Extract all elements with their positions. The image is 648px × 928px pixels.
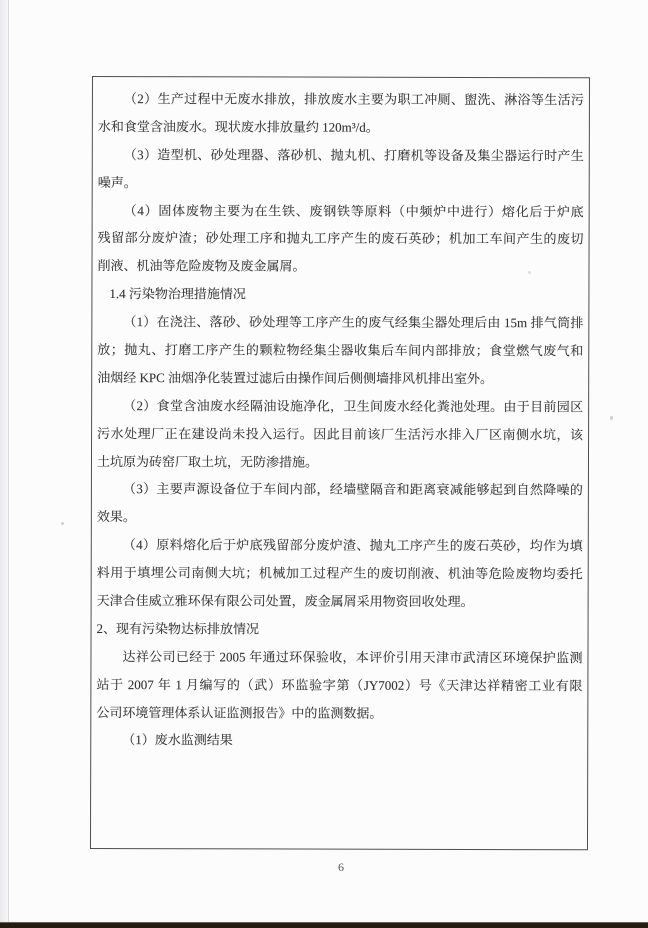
document-text-block: （2）生产过程中无废水排放，排放废水主要为职工冲厕、盥洗、淋浴等生活污 水和食堂…: [96, 85, 584, 756]
paragraph-line: 天津合佳威立雅环保有限公司处置，废金属屑采用物资回收处理。: [97, 587, 583, 616]
content-frame: （2）生产过程中无废水排放，排放废水主要为职工冲厕、盥洗、淋浴等生活污 水和食堂…: [90, 76, 590, 850]
paragraph-line: 噪声。: [98, 169, 584, 198]
paragraph-line: （4）原料熔化后于炉底残留部分废炉渣、抛丸工序产生的废石英砂，均作为填: [97, 531, 583, 560]
paragraph-line: 公司环境管理体系认证监测报告》中的监测数据。: [96, 699, 582, 728]
scan-edge-left: [0, 0, 9, 928]
scan-edge-bottom: [0, 922, 648, 928]
page-number: 6: [92, 860, 590, 875]
section-heading-2: 2、现有污染物达标排放情况: [97, 615, 583, 644]
paragraph-line: （2）食堂含油废水经隔油设施净化，卫生间废水经化粪池处理。由于目前园区: [97, 392, 583, 421]
paragraph-line: 残留部分废炉渣；砂处理工序和抛丸工序产生的废石英砂；机加工车间产生的废切: [98, 224, 584, 253]
paragraph-line: （2）生产过程中无废水排放，排放废水主要为职工冲厕、盥洗、淋浴等生活污: [98, 85, 584, 114]
scanned-document-page: （2）生产过程中无废水排放，排放废水主要为职工冲厕、盥洗、淋浴等生活污 水和食堂…: [0, 0, 648, 928]
scan-speck: [610, 416, 613, 420]
paragraph-line: （3）主要声源设备位于车间内部，经墙壁隔音和距离衰减能够起到自然降噪的: [97, 475, 583, 504]
paragraph-line: 达祥公司已经于 2005 年通过环保验收，本评价引用天津市武清区环境保护监测: [96, 643, 582, 672]
scan-speck: [61, 522, 64, 525]
paragraph-line: （3）造型机、砂处理器、落砂机、抛丸机、打磨机等设备及集尘器运行时产生: [98, 141, 584, 170]
paragraph-line: （1）在浇注、落砂、砂处理等工序产生的废气经集尘器处理后由 15m 排气筒排: [97, 308, 583, 337]
paragraph-line: 水和食堂含油废水。现状废水排放量约 120m³/d。: [98, 113, 584, 142]
paragraph-line: 削液、机油等危险废物及废金属屑。: [97, 252, 583, 281]
paragraph-line: 放；抛丸、打磨工序产生的颗粒物经集尘器收集后车间内部排放；食堂燃气废气和: [97, 336, 583, 365]
list-item-heading: （1）废水监测结果: [96, 726, 582, 755]
paragraph-line: 土坑原为砖窑厂取土坑，无防渗措施。: [97, 448, 583, 477]
paragraph-line: 污水处理厂正在建设尚未投入运行。因此目前该厂生活污水排入厂区南侧水坑，该: [97, 420, 583, 449]
paragraph-line: 站于 2007 年 1 月编写的（武）环监验字第（JY7002）号《天津达祥精密…: [96, 671, 582, 700]
paragraph-line: （4）固体废物主要为在生铁、废钢铁等原料（中频炉中进行）熔化后于炉底: [98, 197, 584, 226]
section-heading-1-4: 1.4 污染物治理措施情况: [97, 280, 583, 309]
scan-speck: [528, 271, 531, 274]
paragraph-line: 料用于填埋公司南侧大坑；机械加工过程产生的废切削液、机油等危险废物均委托: [97, 559, 583, 588]
paragraph-line: 效果。: [97, 503, 583, 532]
paragraph-line: 油烟经 KPC 油烟净化装置过滤后由操作间后侧侧墙排风机排出室外。: [97, 364, 583, 393]
